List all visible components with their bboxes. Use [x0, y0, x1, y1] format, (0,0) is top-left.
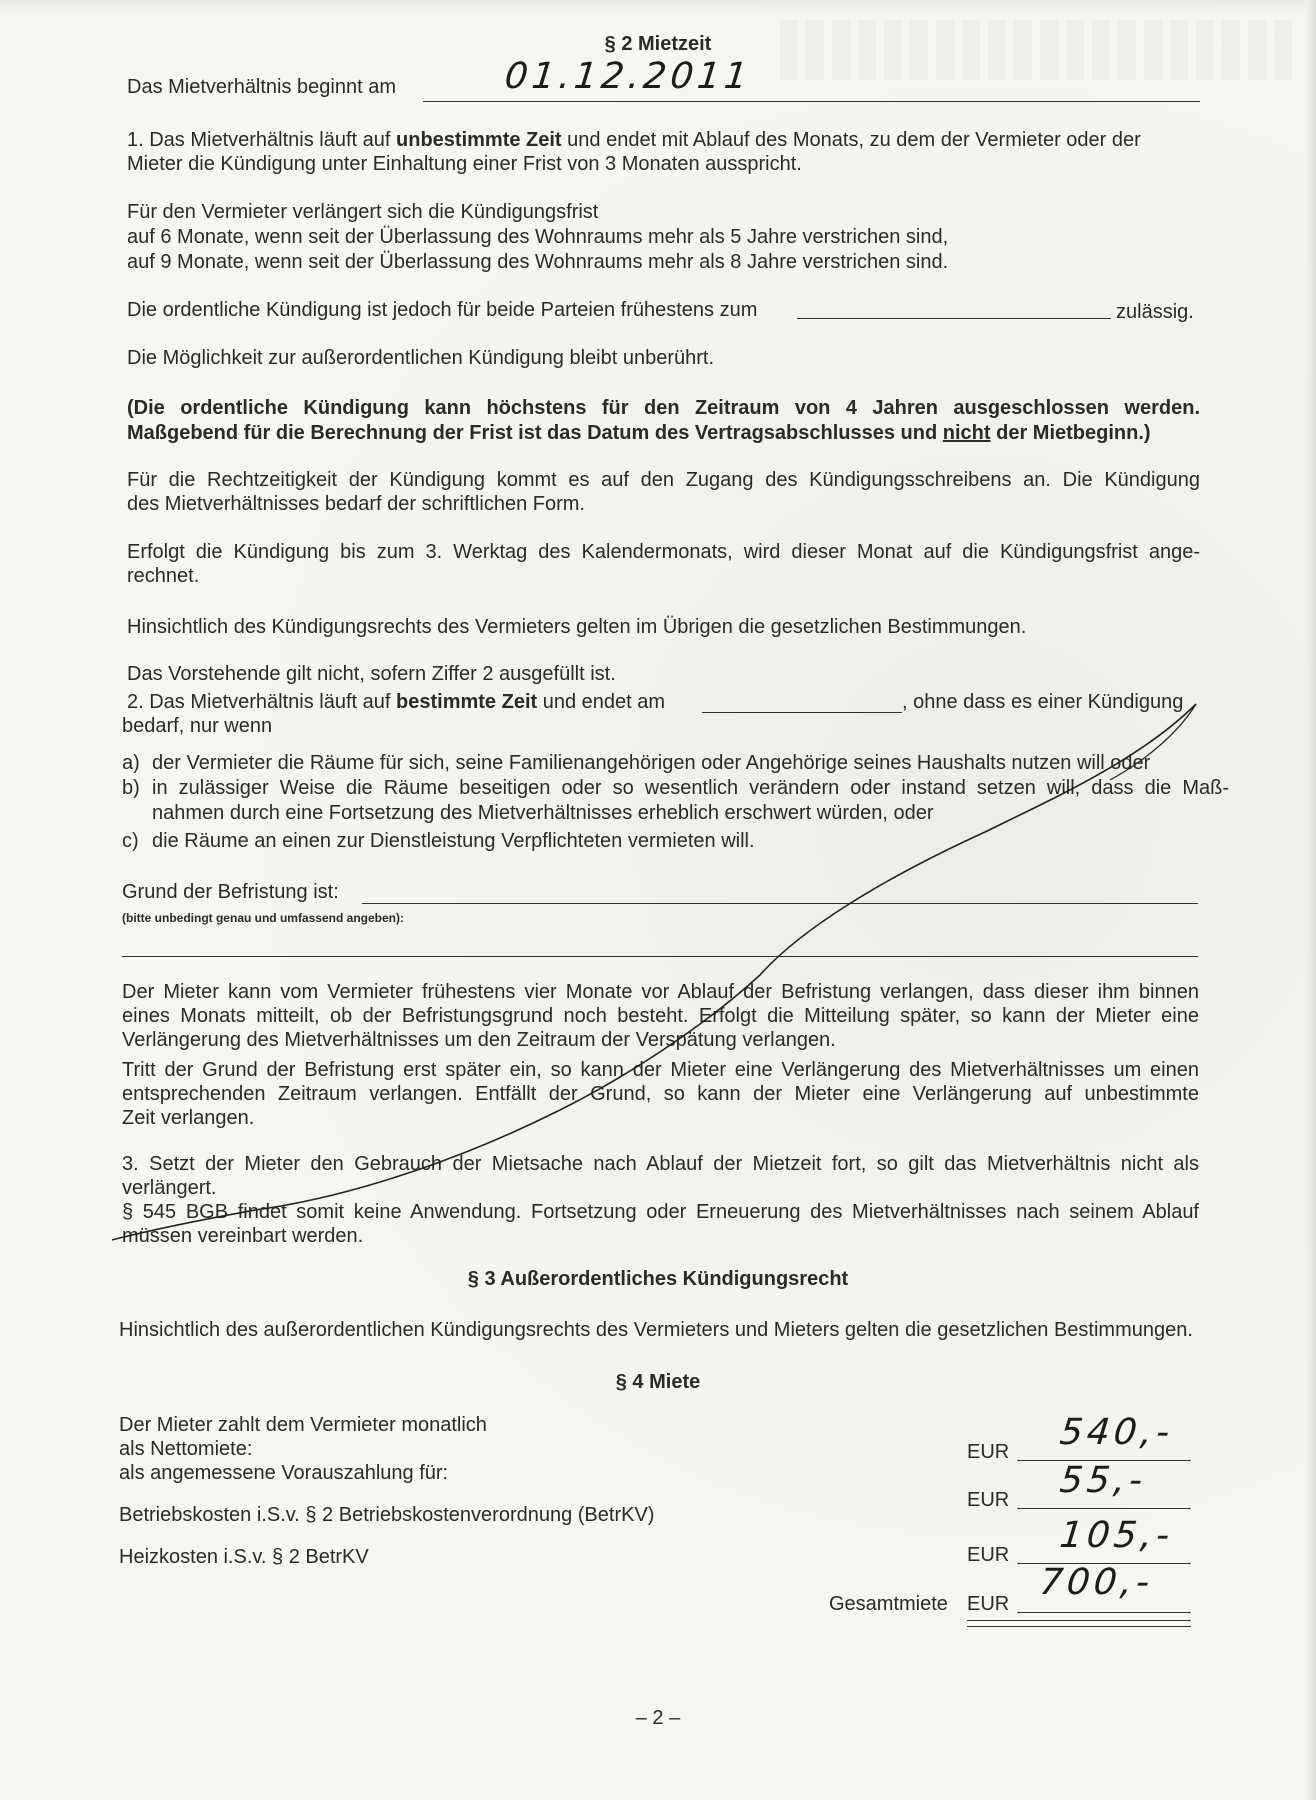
total-amount-field[interactable]: 700,- — [1038, 1562, 1155, 1603]
page-edge — [1306, 0, 1316, 1800]
earliest-termination-label: Die ordentliche Kündigung ist jedoch für… — [127, 298, 757, 322]
rent-intro-line-3: als angemessene Vorauszahlung für: — [119, 1461, 448, 1485]
list-item-marker: b) — [122, 776, 140, 800]
section-3-heading: § 3 Außerordentliches Kündigungsrecht — [0, 1267, 1316, 1291]
p2-prefix: 2. Das Mietverhältnis läuft auf — [127, 691, 396, 713]
bold-note-line-2: Maßgebend für die Berechnung der Frist i… — [127, 421, 1151, 445]
timeliness-line-1: Für die Rechtzeitigkeit der Kündigung ko… — [127, 468, 1200, 492]
amount-field-line — [1017, 1508, 1191, 1509]
note-prefix: Maßgebend für die Berechnung der Frist i… — [127, 422, 943, 444]
amount-field[interactable]: 55,- — [1058, 1460, 1149, 1501]
list-item-text: in zulässiger Weise die Räume beseitigen… — [152, 776, 1229, 800]
p1-suffix: und endet mit Ablauf des Monats, zu dem … — [562, 129, 1141, 151]
paragraph-3-line: § 545 BGB findet somit keine Anwendung. … — [122, 1200, 1199, 1224]
currency-label: EUR — [967, 1543, 1009, 1567]
operating-costs-label: Betriebskosten i.S.v. § 2 Betriebskosten… — [119, 1503, 654, 1527]
workday-line-1: Erfolgt die Kündigung bis zum 3. Werktag… — [127, 540, 1200, 564]
later-reason-line: entsprechenden Zeitraum verlangen. Entfä… — [122, 1082, 1199, 1106]
page-number: – 2 – — [0, 1706, 1316, 1730]
p2-suffix: , ohne dass es einer Kündigung — [902, 690, 1183, 714]
rent-intro-line-2: als Nettomiete: — [119, 1437, 252, 1461]
start-date-label: Das Mietverhältnis beginnt am — [127, 75, 396, 99]
paragraph-3-line: müssen vereinbart werden. — [122, 1224, 363, 1248]
currency-label: EUR — [967, 1440, 1009, 1464]
list-item-text: der Vermieter die Räume für sich, seine … — [152, 751, 1150, 775]
extension-line-1: Für den Vermieter verlängert sich die Kü… — [127, 200, 598, 224]
paragraph-3-line: verlängert. — [122, 1176, 217, 1200]
start-date-field-line — [423, 101, 1200, 102]
section-3-text: Hinsichtlich des außerordentlichen Kündi… — [119, 1318, 1193, 1342]
currency-label: EUR — [967, 1592, 1009, 1616]
tenant-request-line: eines Monats mitteilt, ob der Befristung… — [122, 1004, 1199, 1028]
earliest-termination-suffix: zulässig. — [1116, 300, 1194, 324]
list-item-text: nahmen durch eine Fortsetzung des Mietve… — [152, 801, 934, 825]
list-item-marker: a) — [122, 751, 140, 775]
p1-prefix: 1. Das Mietverhältnis läuft auf — [127, 129, 396, 151]
paragraph-1-line-1: 1. Das Mietverhältnis läuft auf unbestim… — [127, 128, 1141, 152]
currency-label: EUR — [967, 1488, 1009, 1512]
fixed-term-end-date-field[interactable] — [702, 712, 902, 713]
list-item-text: die Räume an einen zur Dienstleistung Ve… — [152, 829, 755, 853]
bold-note-line-1: (Die ordentliche Kündigung kann höchsten… — [127, 396, 1200, 420]
p1-bold: unbestimmte Zeit — [396, 129, 562, 151]
tenant-request-line: Verlängerung des Mietverhältnisses um de… — [122, 1028, 836, 1052]
later-reason-line: Zeit verlangen. — [122, 1106, 254, 1130]
tenant-request-line: Der Mieter kann vom Vermieter frühestens… — [122, 980, 1199, 1004]
earliest-termination-field[interactable] — [797, 318, 1111, 319]
start-date-field[interactable]: 01.12.2011 — [503, 56, 753, 97]
later-reason-line: Tritt der Grund der Befristung erst spät… — [122, 1058, 1199, 1082]
list-item-marker: c) — [122, 829, 139, 853]
paragraph-3-line: 3. Setzt der Mieter den Gebrauch der Mie… — [122, 1152, 1199, 1176]
workday-line-2: rechnet. — [127, 564, 199, 588]
section-2-heading: § 2 Mietzeit — [0, 32, 1316, 56]
note-underlined: nicht — [943, 422, 991, 444]
total-double-underline-2 — [967, 1626, 1191, 1627]
total-double-underline-1 — [967, 1620, 1191, 1621]
paragraph-1-line-2: Mieter die Kündigung unter Einhaltung ei… — [127, 152, 802, 176]
p2-mid: und endet am — [537, 691, 665, 713]
reason-field-line-1[interactable] — [362, 903, 1198, 904]
heating-costs-label: Heizkosten i.S.v. § 2 BetrKV — [119, 1545, 369, 1569]
p2-bold: bestimmte Zeit — [396, 691, 537, 713]
not-applicable-text: Das Vorstehende gilt nicht, sofern Ziffe… — [127, 662, 616, 686]
extraordinary-termination-text: Die Möglichkeit zur außerordentlichen Kü… — [127, 346, 714, 370]
reason-hint: (bitte unbedingt genau und umfassend ang… — [122, 906, 404, 930]
note-suffix: der Mietbeginn.) — [991, 422, 1151, 444]
paragraph-2-line-1: 2. Das Mietverhältnis läuft auf bestimmt… — [127, 690, 665, 714]
landlord-rights-text: Hinsichtlich des Kündigungsrechts des Ve… — [127, 615, 1026, 639]
extension-line-2: auf 6 Monate, wenn seit der Überlassung … — [127, 225, 948, 249]
amount-field[interactable]: 540,- — [1058, 1412, 1175, 1453]
reason-label: Grund der Befristung ist: — [122, 880, 339, 904]
amount-field[interactable]: 105,- — [1058, 1515, 1175, 1556]
rent-intro-line-1: Der Mieter zahlt dem Vermieter monatlich — [119, 1413, 487, 1437]
total-label: Gesamtmiete — [829, 1592, 948, 1616]
reason-field-line-2[interactable] — [122, 956, 1198, 957]
total-field-line — [1017, 1612, 1191, 1613]
section-4-heading: § 4 Miete — [0, 1370, 1316, 1394]
timeliness-line-2: des Mietverhältnisses bedarf der schrift… — [127, 492, 585, 516]
extension-line-3: auf 9 Monate, wenn seit der Überlassung … — [127, 250, 948, 274]
paragraph-2-line-2: bedarf, nur wenn — [122, 714, 272, 738]
